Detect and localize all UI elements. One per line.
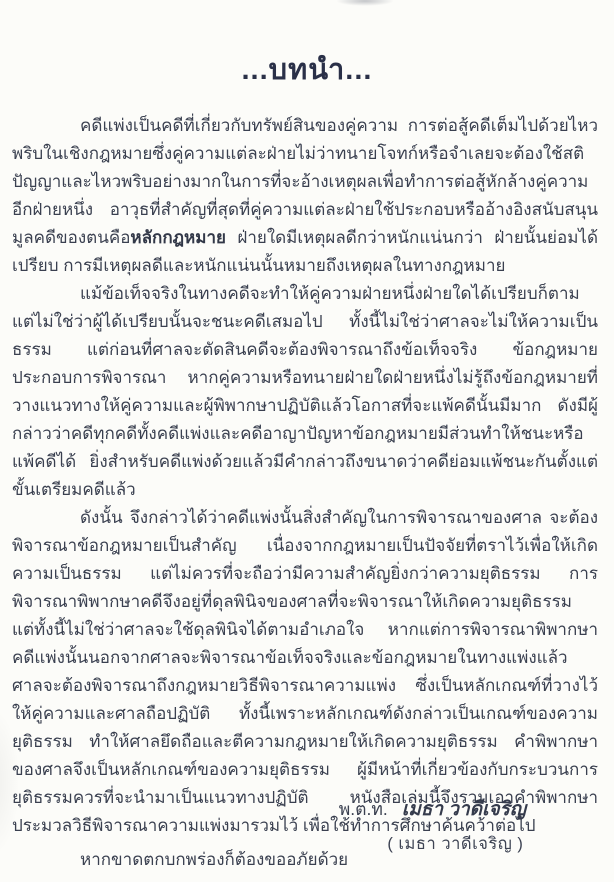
signature-rank: พ.ต.ท. xyxy=(339,799,388,819)
scan-edge-artifact xyxy=(0,712,18,852)
signature-block: พ.ต.ท.เมธา วาดีเจริญ ( เมธา วาดีเจริญ ) xyxy=(339,794,526,857)
signature-line: พ.ต.ท.เมธา วาดีเจริญ xyxy=(339,794,526,824)
signature-name: เมธา วาดีเจริญ xyxy=(402,799,526,820)
scanned-document-page: ...บทนำ... คดีแพ่งเป็นคดีที่เกี่ยวกับทรั… xyxy=(0,0,614,882)
page-title: ...บทนำ... xyxy=(0,0,614,92)
paragraph-1-bold-term: หลักกฎหมาย xyxy=(130,228,226,247)
paragraph-1: คดีแพ่งเป็นคดีที่เกี่ยวกับทรัพย์สินของคู… xyxy=(12,112,598,280)
paragraph-3: ดังนั้น จึงกล่าวได้ว่าคดีแพ่งนั้นสิ่งสำค… xyxy=(12,504,598,840)
paragraph-2: แม้ข้อเท็จจริงในทางคดีจะทำให้คู่ความฝ่าย… xyxy=(12,280,598,504)
document-body: คดีแพ่งเป็นคดีที่เกี่ยวกับทรัพย์สินของคู… xyxy=(0,92,614,874)
signature-name-printed: ( เมธา วาดีเจริญ ) xyxy=(339,831,526,857)
